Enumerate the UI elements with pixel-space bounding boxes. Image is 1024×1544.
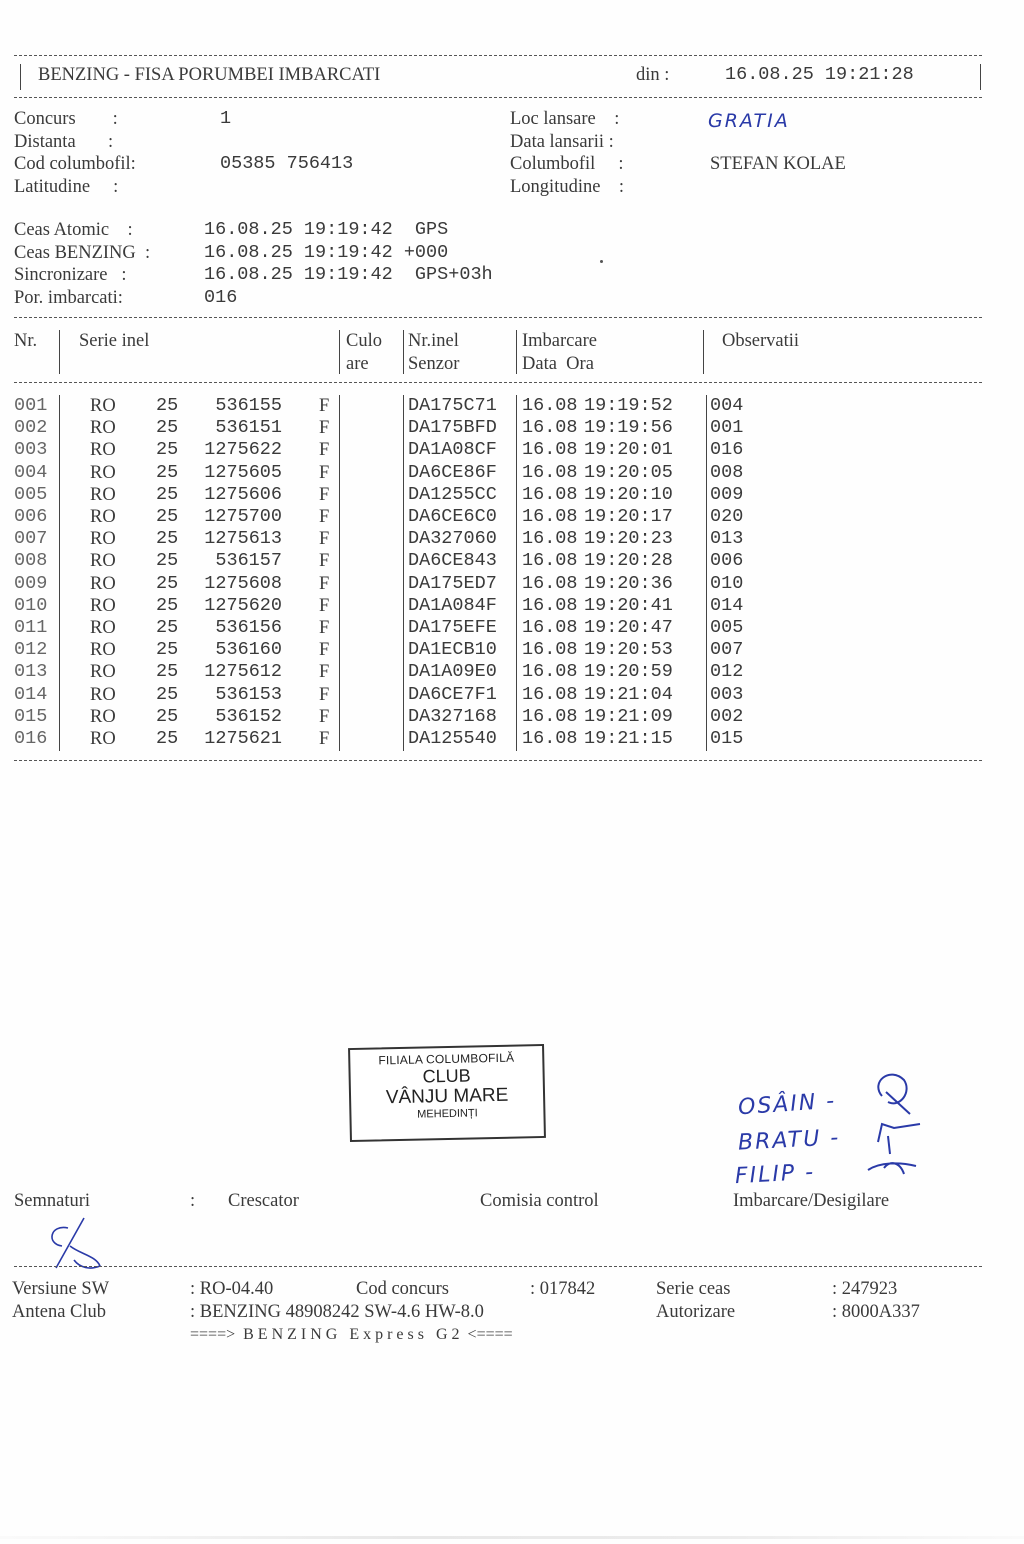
cell-time: 19:20:28	[584, 550, 673, 572]
cell-nr: 006	[14, 506, 47, 528]
cell-sex: F	[319, 728, 329, 750]
cell-year: 25	[156, 595, 178, 617]
table-header-rule	[14, 382, 982, 383]
cell-time: 19:20:17	[584, 506, 673, 528]
info-row-loc-lansare: Loc lansare : GRATIA	[510, 108, 1024, 130]
cell-date: 16.08	[522, 484, 578, 506]
cell-nr: 016	[14, 728, 47, 750]
embarked-pigeons-sheet: BENZING - FISA PORUMBEI IMBARCATI din : …	[0, 0, 1024, 1544]
cell-nr: 011	[14, 617, 47, 639]
cell-ring: 1275612	[204, 661, 282, 683]
info-row-columbofil: Columbofil : STEFAN KOLAE	[510, 153, 1024, 175]
cell-ring: 1275700	[204, 506, 282, 528]
cell-time: 19:20:41	[584, 595, 673, 617]
cell-sex: F	[319, 661, 329, 683]
cell-date: 16.08	[522, 550, 578, 572]
cell-observatii: 002	[710, 706, 743, 728]
cell-sex: F	[319, 484, 329, 506]
cell-country: RO	[90, 706, 116, 728]
table-row: 003RO251275622FDA1A08CF16.0819:20:01016	[0, 439, 1000, 461]
info-label: Columbofil :	[510, 153, 624, 175]
cell-ring: 1275620	[204, 595, 282, 617]
col-header-serie: Serie inel	[79, 330, 149, 352]
header-sep	[516, 330, 517, 374]
cell-nr: 003	[14, 439, 47, 461]
footer-autorizare-label: Autorizare	[656, 1301, 735, 1323]
table-row: 009RO251275608FDA175ED716.0819:20:36010	[0, 573, 1000, 595]
cell-year: 25	[156, 395, 178, 417]
cell-observatii: 004	[710, 395, 743, 417]
cell-date: 16.08	[522, 684, 578, 706]
cell-senzor: DA125540	[408, 728, 497, 750]
cell-date: 16.08	[522, 417, 578, 439]
cell-observatii: 012	[710, 661, 743, 683]
cell-year: 25	[156, 617, 178, 639]
cell-observatii: 013	[710, 528, 743, 550]
cell-time: 19:21:04	[584, 684, 673, 706]
cell-time: 19:21:09	[584, 706, 673, 728]
header-right-bar	[980, 64, 981, 90]
clock-row-atomic: Ceas Atomic : 16.08.25 19:19:42 GPS	[14, 219, 1014, 241]
cell-ring: 536151	[215, 417, 282, 439]
cell-sex: F	[319, 506, 329, 528]
table-row: 011RO25536156FDA175EFE16.0819:20:47005	[0, 617, 1000, 639]
document-title: BENZING - FISA PORUMBEI IMBARCATI	[38, 64, 380, 86]
cell-date: 16.08	[522, 617, 578, 639]
cell-country: RO	[90, 484, 116, 506]
cell-sex: F	[319, 684, 329, 706]
cell-country: RO	[90, 395, 116, 417]
cell-time: 19:20:36	[584, 573, 673, 595]
table-row: 004RO251275605FDA6CE86F16.0819:20:05008	[0, 462, 1000, 484]
signatures-colon: :	[190, 1190, 195, 1212]
cell-senzor: DA175C71	[408, 395, 497, 417]
cell-date: 16.08	[522, 462, 578, 484]
cell-year: 25	[156, 550, 178, 572]
cell-nr: 015	[14, 706, 47, 728]
cell-year: 25	[156, 484, 178, 506]
cell-date: 16.08	[522, 528, 578, 550]
cell-year: 25	[156, 417, 178, 439]
header-sep	[59, 330, 60, 374]
cell-ring: 1275605	[204, 462, 282, 484]
cell-senzor: DA1ECB10	[408, 639, 497, 661]
cell-time: 19:19:52	[584, 395, 673, 417]
cell-ring: 1275613	[204, 528, 282, 550]
cell-observatii: 006	[710, 550, 743, 572]
cell-ring: 1275621	[204, 728, 282, 750]
cell-time: 19:21:15	[584, 728, 673, 750]
cell-country: RO	[90, 617, 116, 639]
cell-time: 19:20:53	[584, 639, 673, 661]
cell-sex: F	[319, 595, 329, 617]
cell-year: 25	[156, 706, 178, 728]
clock-row-benzing: Ceas BENZING : 16.08.25 19:19:42 +000	[14, 242, 1014, 264]
cell-country: RO	[90, 573, 116, 595]
table-row: 008RO25536157FDA6CE84316.0819:20:28006	[0, 550, 1000, 572]
cell-time: 19:20:10	[584, 484, 673, 506]
clock-label: Por. imbarcati:	[14, 287, 123, 309]
cell-observatii: 009	[710, 484, 743, 506]
clock-row-count: Por. imbarcati: 016	[14, 287, 1014, 309]
signature-comisia-label: Comisia control	[480, 1190, 599, 1212]
cell-observatii: 001	[710, 417, 743, 439]
col-header-imbarcare-2: Data Ora	[522, 353, 594, 375]
cell-date: 16.08	[522, 728, 578, 750]
signatures-label: Semnaturi	[14, 1190, 90, 1212]
cell-sex: F	[319, 706, 329, 728]
signature-imbarcare-label: Imbarcare/Desigilare	[733, 1190, 889, 1212]
footer-serie-ceas-value: : 247923	[832, 1278, 897, 1300]
cell-ring: 536155	[215, 395, 282, 417]
cell-country: RO	[90, 661, 116, 683]
cell-nr: 005	[14, 484, 47, 506]
cell-observatii: 016	[710, 439, 743, 461]
cell-year: 25	[156, 528, 178, 550]
signature-crescator-label: Crescator	[228, 1190, 299, 1212]
cell-nr: 007	[14, 528, 47, 550]
cell-year: 25	[156, 573, 178, 595]
handwritten-name-3: FILIP -	[734, 1160, 815, 1189]
table-row: 014RO25536153FDA6CE7F116.0819:21:04003	[0, 684, 1000, 706]
col-header-senzor-1: Nr.inel	[408, 330, 459, 352]
table-row: 001RO25536155FDA175C7116.0819:19:52004	[0, 395, 1000, 417]
cell-sex: F	[319, 462, 329, 484]
table-row: 013RO251275612FDA1A09E016.0819:20:59012	[0, 661, 1000, 683]
handwritten-name-2: BRATU -	[737, 1125, 840, 1155]
launch-place-handwritten: GRATIA	[708, 110, 790, 132]
footer-antena-label: Antena Club	[12, 1301, 106, 1323]
cell-year: 25	[156, 684, 178, 706]
table-row: 010RO251275620FDA1A084F16.0819:20:41014	[0, 595, 1000, 617]
cell-observatii: 015	[710, 728, 743, 750]
cell-ring: 536152	[215, 706, 282, 728]
cell-date: 16.08	[522, 506, 578, 528]
cell-country: RO	[90, 417, 116, 439]
club-stamp: FILIALA COLUMBOFILĂ CLUB VÂNJU MARE MEHE…	[348, 1044, 546, 1142]
cell-year: 25	[156, 506, 178, 528]
col-header-nr: Nr.	[14, 330, 37, 352]
info-row-data-lansarii: Data lansarii :	[510, 131, 1024, 153]
cell-sex: F	[319, 573, 329, 595]
info-label: Latitudine :	[14, 176, 118, 198]
col-header-culoare-1: Culo	[346, 330, 382, 352]
cell-date: 16.08	[522, 595, 578, 617]
footer-cod-concurs-label: Cod concurs	[356, 1278, 449, 1300]
header-sep	[403, 330, 404, 374]
cell-nr: 009	[14, 573, 47, 595]
cell-nr: 014	[14, 684, 47, 706]
cell-time: 19:20:05	[584, 462, 673, 484]
cell-year: 25	[156, 462, 178, 484]
cell-senzor: DA6CE7F1	[408, 684, 497, 706]
table-row: 007RO251275613FDA32706016.0819:20:23013	[0, 528, 1000, 550]
cell-senzor: DA6CE843	[408, 550, 497, 572]
cell-ring: 536156	[215, 617, 282, 639]
cell-year: 25	[156, 661, 178, 683]
table-row: 006RO251275700FDA6CE6C016.0819:20:17020	[0, 506, 1000, 528]
cell-time: 19:20:23	[584, 528, 673, 550]
clock-value: 16.08.25 19:19:42 +000	[204, 242, 448, 264]
footer-versiune-label: Versiune SW	[12, 1278, 109, 1300]
cell-country: RO	[90, 595, 116, 617]
info-label: Loc lansare :	[510, 108, 619, 130]
cell-nr: 008	[14, 550, 47, 572]
cell-sex: F	[319, 639, 329, 661]
cell-observatii: 005	[710, 617, 743, 639]
cell-senzor: DA1255CC	[408, 484, 497, 506]
footer-cod-concurs-value: : 017842	[530, 1278, 595, 1300]
info-value: STEFAN KOLAE	[710, 153, 846, 175]
cell-ring: 536160	[215, 639, 282, 661]
cell-senzor: DA6CE86F	[408, 462, 497, 484]
cell-nr: 002	[14, 417, 47, 439]
cell-senzor: DA327060	[408, 528, 497, 550]
header-bottom-rule	[14, 97, 982, 98]
cell-ring: 1275608	[204, 573, 282, 595]
cell-observatii: 014	[710, 595, 743, 617]
footer-versiune-value: : RO-04.40	[190, 1278, 273, 1300]
cell-senzor: DA175EFE	[408, 617, 497, 639]
cell-sex: F	[319, 439, 329, 461]
table-row: 015RO25536152FDA32716816.0819:21:09002	[0, 706, 1000, 728]
cell-ring: 1275622	[204, 439, 282, 461]
footer-antena-value: : BENZING 48908242 SW-4.6 HW-8.0	[190, 1301, 484, 1323]
clock-value: 16.08.25 19:19:42 GPS+03h	[204, 264, 493, 286]
header-top-rule	[14, 55, 982, 56]
cell-senzor: DA1A084F	[408, 595, 497, 617]
issued-datetime: 16.08.25 19:21:28	[725, 64, 914, 86]
cell-senzor: DA175ED7	[408, 573, 497, 595]
info-label: Concurs :	[14, 108, 118, 130]
footer-top-rule	[14, 1266, 982, 1267]
col-header-senzor-2: Senzor	[408, 353, 459, 375]
cell-country: RO	[90, 728, 116, 750]
cell-date: 16.08	[522, 661, 578, 683]
cell-senzor: DA1A08CF	[408, 439, 497, 461]
cell-nr: 001	[14, 395, 47, 417]
cell-country: RO	[90, 684, 116, 706]
table-row: 012RO25536160FDA1ECB1016.0819:20:53007	[0, 639, 1000, 661]
cell-sex: F	[319, 528, 329, 550]
pigeons-table-body: 001RO25536155FDA175C7116.0819:19:5200400…	[0, 395, 1000, 755]
cell-observatii: 010	[710, 573, 743, 595]
cell-nr: 010	[14, 595, 47, 617]
cell-time: 19:20:47	[584, 617, 673, 639]
cell-country: RO	[90, 528, 116, 550]
speck	[600, 260, 603, 263]
cell-year: 25	[156, 728, 178, 750]
cell-senzor: DA327168	[408, 706, 497, 728]
header-left-bar	[20, 64, 21, 90]
table-row: 016RO251275621FDA12554016.0819:21:15015	[0, 728, 1000, 750]
cell-sex: F	[319, 417, 329, 439]
footer-autorizare-value: : 8000A337	[832, 1301, 920, 1323]
info-value: 1	[220, 108, 231, 130]
clock-value: 16.08.25 19:19:42 GPS	[204, 219, 448, 241]
info-label: Longitudine :	[510, 176, 624, 198]
scan-edge-shadow	[0, 1536, 1024, 1539]
cell-nr: 013	[14, 661, 47, 683]
cell-observatii: 007	[710, 639, 743, 661]
cell-country: RO	[90, 550, 116, 572]
footer-serie-ceas-label: Serie ceas	[656, 1278, 730, 1300]
col-header-imbarcare-1: Imbarcare	[522, 330, 597, 352]
table-top-rule	[14, 317, 982, 318]
cell-time: 19:20:59	[584, 661, 673, 683]
cell-country: RO	[90, 506, 116, 528]
handwritten-name-1: OSÂIN -	[737, 1089, 837, 1121]
col-header-culoare-2: are	[346, 353, 369, 375]
cell-country: RO	[90, 639, 116, 661]
cell-senzor: DA1A09E0	[408, 661, 497, 683]
stamp-line-4: MEHEDINȚI	[351, 1106, 543, 1123]
clock-label: Sincronizare :	[14, 264, 127, 286]
cell-country: RO	[90, 439, 116, 461]
cell-sex: F	[319, 550, 329, 572]
info-row-longitudine: Longitudine :	[510, 176, 1024, 198]
info-label: Distanta :	[14, 131, 113, 153]
clock-label: Ceas Atomic :	[14, 219, 133, 241]
cell-time: 19:20:01	[584, 439, 673, 461]
cell-country: RO	[90, 462, 116, 484]
info-value: 05385 756413	[220, 153, 353, 175]
cell-year: 25	[156, 639, 178, 661]
cell-date: 16.08	[522, 639, 578, 661]
cell-observatii: 003	[710, 684, 743, 706]
cell-date: 16.08	[522, 706, 578, 728]
cell-date: 16.08	[522, 439, 578, 461]
cell-observatii: 008	[710, 462, 743, 484]
cell-observatii: 020	[710, 506, 743, 528]
table-row: 005RO251275606FDA1255CC16.0819:20:10009	[0, 484, 1000, 506]
cell-date: 16.08	[522, 573, 578, 595]
cell-sex: F	[319, 617, 329, 639]
clock-label: Ceas BENZING :	[14, 242, 150, 264]
cell-year: 25	[156, 439, 178, 461]
cell-ring: 536157	[215, 550, 282, 572]
table-row: 002RO25536151FDA175BFD16.0819:19:56001	[0, 417, 1000, 439]
cell-sex: F	[319, 395, 329, 417]
cell-nr: 012	[14, 639, 47, 661]
cell-date: 16.08	[522, 395, 578, 417]
cell-time: 19:19:56	[584, 417, 673, 439]
header-sep	[339, 330, 340, 374]
clock-value: 016	[204, 287, 237, 309]
info-label: Data lansarii :	[510, 131, 614, 153]
breeder-signature	[40, 1210, 130, 1272]
cell-senzor: DA175BFD	[408, 417, 497, 439]
issued-label: din :	[636, 64, 669, 86]
header-sep	[703, 330, 704, 374]
info-label: Cod columbofil:	[14, 153, 136, 175]
footer-banner: ====> B E N Z I N G E x p r e s s G 2 <=…	[190, 1324, 513, 1346]
cell-senzor: DA6CE6C0	[408, 506, 497, 528]
clock-row-sync: Sincronizare : 16.08.25 19:19:42 GPS+03h	[14, 264, 1014, 286]
cell-nr: 004	[14, 462, 47, 484]
cell-ring: 1275606	[204, 484, 282, 506]
cell-ring: 536153	[215, 684, 282, 706]
col-header-observatii: Observatii	[722, 330, 799, 352]
table-bottom-rule	[14, 760, 982, 761]
